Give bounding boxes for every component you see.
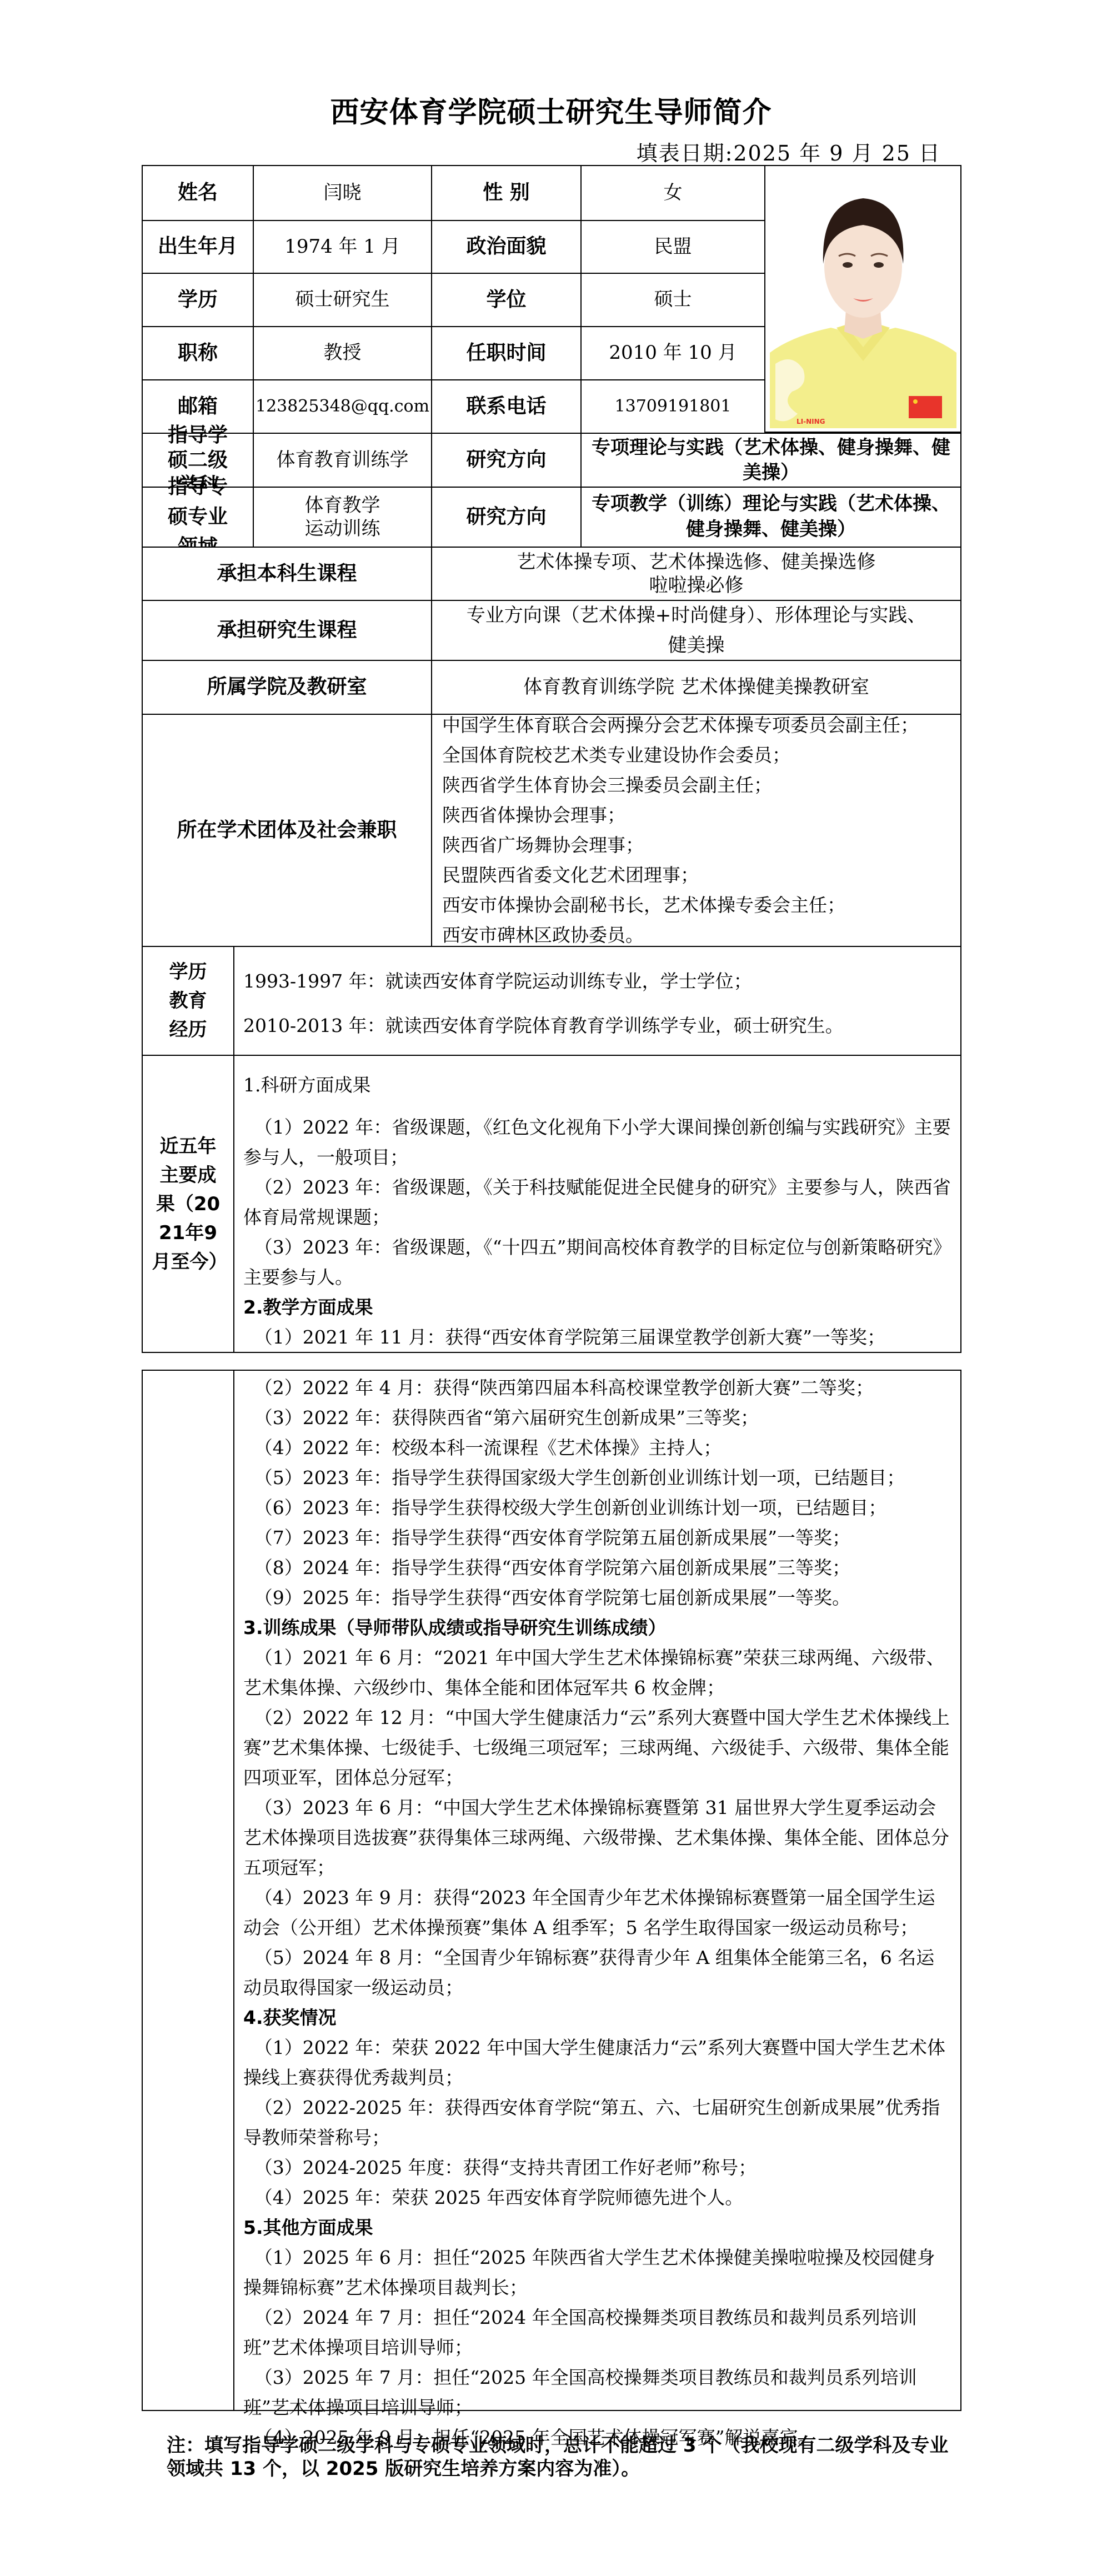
politics-value: 民盟 xyxy=(580,220,765,274)
achievements-page1: 1.科研方面成果 （1）2022 年：省级课题，《红色文化视角下小学大课间操创新… xyxy=(233,1055,961,1353)
teaching-item: （4）2022 年：校级本科一流课程《艺术体操》主持人； xyxy=(243,1433,722,1463)
grad-courses-line-2: 健美操 xyxy=(668,630,725,660)
undergrad-courses-value: 艺术体操专项、艺术体操选修、健美操选修 啦啦操必修 xyxy=(431,547,961,601)
other-heading: 5.其他方面成果 xyxy=(243,2213,373,2243)
education-label: 学历 xyxy=(142,273,254,327)
appointed-label: 任职时间 xyxy=(431,326,582,380)
email-value: 123825348@qq.com xyxy=(253,379,432,434)
teaching-item: （3）2022 年：获得陕西省“第六届研究生创新成果”三等奖； xyxy=(243,1403,759,1433)
birth-label: 出生年月 xyxy=(142,220,254,274)
gender-value: 女 xyxy=(580,165,765,221)
professional-field-1: 体育教学 xyxy=(305,494,380,518)
birth-value: 1974 年 1 月 xyxy=(253,220,432,274)
training-item: （5）2024 年 8 月：“全国青少年锦标赛”获得青少年 A 组集体全能第三名… xyxy=(243,1943,953,2003)
training-item: （1）2021 年 6 月：“2021 年中国大学生艺术体操锦标赛”荣获三球两绳… xyxy=(243,1643,953,1703)
education-history-list: 1993-1997 年：就读西安体育学院运动训练专业，学士学位； 2010-20… xyxy=(233,946,961,1056)
academic-direction-label: 研究方向 xyxy=(431,433,582,488)
academic-direction-value: 专项理论与实践（艺术体操、健身操舞、健美操） xyxy=(580,433,961,488)
svg-text:LI-NING: LI-NING xyxy=(797,418,825,425)
education-history-item: 2010-2013 年：就读西安体育学院体育教育学训练学专业，硕士研究生。 xyxy=(243,1006,844,1045)
teaching-item: （8）2024 年：指导学生获得“西安体育学院第六届创新成果展”三等奖； xyxy=(243,1553,850,1583)
other-item: （2）2024 年 7 月：担任“2024 年全国高校操舞类项目教练员和裁判员系… xyxy=(243,2303,953,2363)
title-label: 职称 xyxy=(142,326,254,380)
award-item: （3）2024-2025 年度：获得“支持共青团工作好老师”称号； xyxy=(243,2153,757,2183)
degree-label: 学位 xyxy=(431,273,582,327)
name-value: 闫晓 xyxy=(253,165,432,221)
research-item: （2）2023 年：省级课题，《关于科技赋能促进全民健身的研究》主要参与人，陕西… xyxy=(243,1172,953,1232)
training-item: （2）2022 年 12 月：“中国大学生健康活力“云”系列大赛暨中国大学生艺术… xyxy=(243,1703,953,1793)
grad-courses-line-1: 专业方向课（艺术体操+时尚健身）、形体理论与实践、 xyxy=(467,600,926,630)
research-heading: 1.科研方面成果 xyxy=(243,1070,371,1100)
research-item: （1）2022 年：省级课题，《红色文化视角下小学大课间操创新创编与实践研究》主… xyxy=(243,1112,953,1172)
fill-date: 填表日期:2025 年 9 月 25 日 xyxy=(637,136,941,167)
research-item: （3）2023 年：省级课题，《“十四五”期间高校体育教学的目标定位与创新策略研… xyxy=(243,1232,953,1292)
professional-direction-value: 专项教学（训练）理论与实践（艺术体操、健身操舞、健美操） xyxy=(580,487,961,548)
teaching-item: （1）2021 年 11 月：获得“西安体育学院第三届课堂教学创新大赛”一等奖； xyxy=(243,1322,885,1352)
phone-value: 13709191801 xyxy=(580,379,765,434)
undergrad-courses-label: 承担本科生课程 xyxy=(142,547,432,601)
gender-label: 性 别 xyxy=(431,165,582,221)
training-item: （3）2023 年 6 月：“中国大学生艺术体操锦标赛暨第 31 届世界大学生夏… xyxy=(243,1793,953,1883)
award-item: （2）2022-2025 年：获得西安体育学院“第五、六、七届研究生创新成果展”… xyxy=(243,2093,953,2153)
membership-item: 陕西省广场舞协会理事； xyxy=(442,830,644,860)
name-label: 姓名 xyxy=(142,165,254,221)
education-history-label: 学历教育经历 xyxy=(168,958,208,1044)
membership-item: 西安市体操协会副秘书长，艺术体操专委会主任； xyxy=(442,890,845,920)
training-heading: 3.训练成果（导师带队成绩或指导研究生训练成绩） xyxy=(243,1613,667,1643)
award-item: （4）2025 年：荣获 2025 年西安体育学院师德先进个人。 xyxy=(243,2183,743,2213)
politics-label: 政治面貌 xyxy=(431,220,582,274)
grad-courses-value: 专业方向课（艺术体操+时尚健身）、形体理论与实践、 健美操 xyxy=(431,600,961,661)
undergrad-courses-line-2: 啦啦操必修 xyxy=(649,574,744,598)
title-value: 教授 xyxy=(253,326,432,380)
professional-field-value: 体育教学 运动训练 xyxy=(253,487,432,548)
grad-courses-label: 承担研究生课程 xyxy=(142,600,432,661)
professional-direction-label: 研究方向 xyxy=(431,487,582,548)
professional-field-label: 指导专硕专业领域 xyxy=(142,487,254,548)
department-value: 体育教育训练学院 艺术体操健美操教研室 xyxy=(431,660,961,715)
appointed-value: 2010 年 10 月 xyxy=(580,326,765,380)
membership-item: 陕西省学生体育协会三操委员会副主任； xyxy=(442,770,772,800)
achievements-label: 近五年主要成果（2021年9月至今） xyxy=(152,1132,224,1276)
education-history-item: 1993-1997 年：就读西安体育学院运动训练专业，学士学位； xyxy=(243,956,752,1006)
achievements-continued-label-cell xyxy=(142,1370,234,2411)
phone-label: 联系电话 xyxy=(431,379,582,434)
degree-value: 硕士 xyxy=(580,273,765,327)
other-item: （3）2025 年 7 月：担任“2025 年全国高校操舞类项目教练员和裁判员系… xyxy=(243,2363,953,2423)
footer-note: 注：填写指导学硕二级学科与专硕专业领域时，总计不能超过 3 个（我校现有二级学科… xyxy=(167,2434,966,2480)
portrait-photo: LI-NING xyxy=(770,169,956,428)
academic-discipline-value: 体育教育训练学 xyxy=(253,433,432,488)
teaching-heading: 2.教学方面成果 xyxy=(243,1292,373,1322)
other-item: （1）2025 年 6 月：担任“2025 年陕西省大学生艺术体操健美操啦啦操及… xyxy=(243,2243,953,2303)
page-title: 西安体育学院硕士研究生导师简介 xyxy=(0,89,1102,131)
membership-item: 中国学生体育联合会两操分会艺术体操专项委员会副主任； xyxy=(442,710,919,740)
membership-item: 陕西省体操协会理事； xyxy=(442,800,625,830)
teaching-item: （7）2023 年：指导学生获得“西安体育学院第五届创新成果展”一等奖； xyxy=(243,1523,850,1553)
teaching-item: （6）2023 年：指导学生获得校级大学生创新创业训练计划一项，已结题目； xyxy=(243,1493,886,1523)
award-item: （1）2022 年：荣获 2022 年中国大学生健康活力“云”系列大赛暨中国大学… xyxy=(243,2033,953,2093)
achievements-label-cell: 近五年主要成果（2021年9月至今） xyxy=(142,1055,234,1353)
teaching-item: （9）2025 年：指导学生获得“西安体育学院第七届创新成果展”一等奖。 xyxy=(243,1583,850,1613)
photo-cell: LI-NING xyxy=(764,165,961,433)
training-item: （4）2023 年 9 月：获得“2023 年全国青少年艺术体操锦标赛暨第一届全… xyxy=(243,1883,953,1943)
professional-field-2: 运动训练 xyxy=(305,517,380,541)
memberships-list: 中国学生体育联合会两操分会艺术体操专项委员会副主任； 全国体育院校艺术类专业建设… xyxy=(431,714,961,947)
memberships-label: 所在学术团体及社会兼职 xyxy=(142,714,432,947)
awards-heading: 4.获奖情况 xyxy=(243,2003,337,2033)
department-label: 所属学院及教研室 xyxy=(142,660,432,715)
teaching-item: （5）2023 年：指导学生获得国家级大学生创新创业训练计划一项，已结题目； xyxy=(243,1463,905,1493)
membership-item: 全国体育院校艺术类专业建设协作会委员； xyxy=(442,740,790,770)
education-history-label-cell: 学历教育经历 xyxy=(142,946,234,1056)
education-value: 硕士研究生 xyxy=(253,273,432,327)
membership-item: 民盟陕西省委文化艺术团理事； xyxy=(442,860,699,890)
achievements-page2: （2）2022 年 4 月：获得“陕西第四届本科高校课堂教学创新大赛”二等奖； … xyxy=(233,1370,961,2411)
teaching-item: （2）2022 年 4 月：获得“陕西第四届本科高校课堂教学创新大赛”二等奖； xyxy=(243,1373,874,1403)
undergrad-courses-line-1: 艺术体操专项、艺术体操选修、健美操选修 xyxy=(517,550,876,574)
portrait-image-icon: LI-NING xyxy=(770,169,956,428)
